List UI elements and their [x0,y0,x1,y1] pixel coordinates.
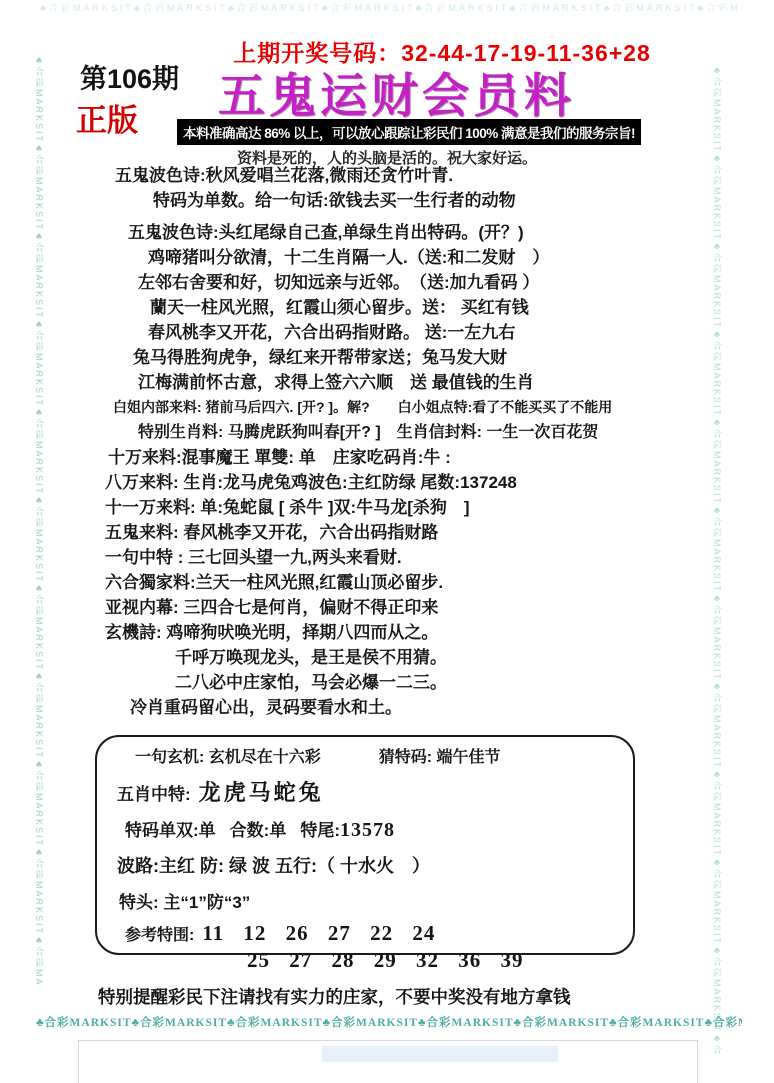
body-line: 春风桃李又开花，六合出码指财路。 送:一左九右 [148,320,738,345]
mystery-phrase: 一句玄机: 玄机尽在十六彩 [135,749,321,766]
special-head: 特头: 主“1”防“3” [119,893,250,912]
range-numbers-2: 25 27 28 29 32 36 39 [247,948,524,972]
odd-even: 特码单双:单 [125,821,216,840]
tail-value: 13578 [340,819,395,841]
mystery-row: 一句玄机: 玄机尽在十六彩猜特码: 端午佳节 [135,744,633,767]
body-line: 八万来料: 生肖:龙马虎兔鸡波色:主红防绿 尾数:137248 [105,470,738,495]
five-elements: 五行:（ 十水火 ） [275,856,430,876]
range-label: 参考特围: [125,927,194,944]
watermark-bottom: ♣合彩MARKSIT♣合彩MARKSIT♣合彩MARKSIT♣合彩MARKSIT… [36,1014,742,1030]
five-zodiac-row: 五肖中特:龙虎马蛇兔 [117,776,633,807]
watermark-left: ♣合彩MARKSIT♣合彩MARKSIT♣合彩MARKSIT♣合彩MARKSIT… [33,55,46,985]
wave-row: 波路:主红 防: 绿 波 五行:（ 十水火 ） [117,852,633,878]
body-line: 千呼万唤现龙头，是王是侯不用猜。 [175,645,738,670]
bottom-faint-band [322,1046,558,1062]
body-line: 五鬼来料: 春风桃李又开花，六合出码指财路 [105,520,738,545]
range-row-1: 参考特围:11 12 26 27 22 24 [125,921,633,946]
lottery-tip-sheet: ♣合彩MARKSIT♣合彩MARKSIT♣合彩MARKSIT♣合彩MARKSIT… [0,0,774,1083]
body-line: 六合獨家料:兰天一柱风光照,红霞山顶必留步. [105,570,738,595]
guess-special: 猜特码: 端午佳节 [379,749,501,766]
wave-path: 波路:主红 防: 绿 波 [117,856,270,876]
body-line: 江梅满前怀古意，求得上签六六顺 送 最值钱的生肖 [138,370,738,395]
body-line: 蘭天一柱风光照，红霞山须心留步。送： 买红有钱 [150,295,738,320]
body-line: 五鬼波色诗:头红尾绿自己查,单绿生肖出特码。(开？) [128,220,738,245]
body-line: 亚视内幕: 三四合七是何肖，偏财不得正印来 [105,595,738,620]
body-line: 十万来料:混事魔王 單雙: 单 庄家吃码肖:牛 : [108,445,738,470]
accuracy-banner: 本料准确高达 86% 以上，可以放心跟踪让彩民们 100% 满意是我们的服务宗旨… [177,119,641,145]
watermark-top: ♣合彩MARKSIT♣合彩MARKSIT♣合彩MARKSIT♣合彩MARKSIT… [40,1,740,14]
range-numbers-1: 11 12 26 27 22 24 [202,921,435,945]
prediction-box: 一句玄机: 玄机尽在十六彩猜特码: 端午佳节 五肖中特:龙虎马蛇兔 特码单双:单… [95,735,635,955]
body-line: 特别生肖料: 马腾虎跃狗叫春[开? ] 生肖信封料: 一生一次百花贺 [138,420,738,445]
edition-label: 正版 [76,95,138,140]
tip-lines: 五鬼波色诗:秋风爱唱兰花落,微雨还贪竹叶青.特码为单数。给一句话:欲钱去买一生行… [75,163,738,720]
five-zodiac-value: 龙虎马蛇兔 [199,780,324,805]
body-line: 冷肖重码留心出，灵码要看水和土。 [130,695,738,720]
issue-number: 第106期 [80,57,179,96]
page-title: 五鬼运财会员料 [218,59,575,126]
footer-reminder: 特别提醒彩民下注请找有实力的庄家，不要中奖没有地方拿钱 [98,984,571,1009]
body-line: 左邻右舍要和好，切知远亲与近邻。 （送:加九看码 ） [138,270,738,295]
body-line: 玄機詩: 鸡啼狗吠唤光明，择期八四而从之。 [105,620,738,645]
tail-label: 特尾: [300,821,340,840]
body-line: 二八必中庄家怕，马会必爆一二三。 [175,670,738,695]
body-line: 特码为单数。给一句话:欲钱去买一生行者的动物 [153,188,738,213]
five-zodiac-label: 五肖中特: [117,785,191,804]
body-line: 鸡啼猪叫分欲清，十二生肖隔一人.（送:和二发财 ） [148,245,738,270]
head-row: 特头: 主“1”防“3” [119,888,633,913]
body-line: 一句中特 : 三七回头望一九,两头来看财. [105,545,738,570]
body-line: 白姐内部来料: 猪前马后四六. [开? ]。解? 白小姐点特:看了不能买买了不能… [113,395,738,420]
body-line: 五鬼波色诗:秋风爱唱兰花落,微雨还贪竹叶青. [115,163,738,188]
odd-even-row: 特码单双:单合数:单特尾:13578 [125,816,633,842]
range-row-2: 25 27 28 29 32 36 39 [247,948,633,973]
body-line: 十一万来料: 单:兔蛇鼠 [ 杀牛 ]双:牛马龙[杀狗 ] [105,495,738,520]
body-line: 兔马得胜狗虎争，绿红来开帮带家送；兔马发大财 [133,345,738,370]
sum-parity: 合数:单 [230,821,287,840]
